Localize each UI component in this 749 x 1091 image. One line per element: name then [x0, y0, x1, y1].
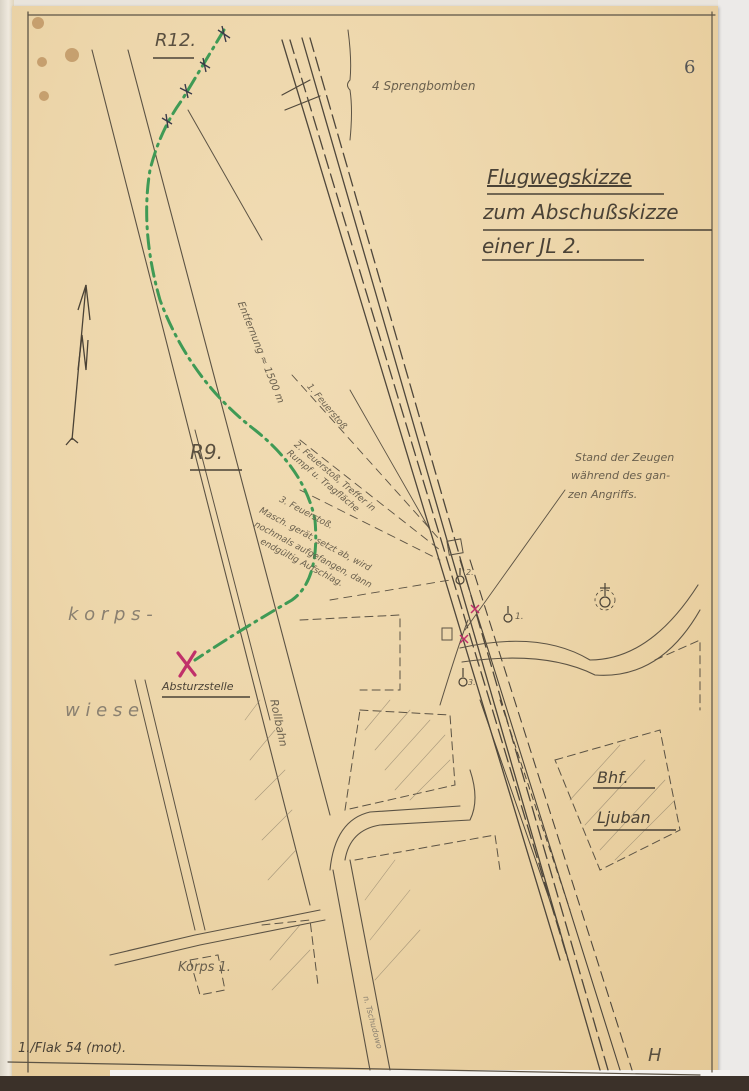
label-station-line-2: Ljuban [597, 808, 651, 827]
runway-edge-1 [92, 50, 310, 905]
runway-edge-2 [128, 50, 330, 815]
label-korps: k o r p s - [68, 604, 153, 625]
gun-label-2: 2. [466, 568, 474, 577]
x-mark-icon [178, 652, 195, 676]
label-r12: R12. [155, 30, 196, 51]
gun-label-1: 1. [515, 612, 524, 622]
sketch-map [0, 0, 749, 1091]
hatching [245, 700, 675, 990]
label-r9: R9. [190, 440, 223, 464]
label-unit: 1./Flak 54 (mot). [18, 1041, 126, 1056]
label-witness-line-3: zen Angriffs. [568, 488, 637, 501]
title-line-3: einer JL 2. [482, 234, 582, 258]
label-witness-line-2: während des gan- [571, 469, 670, 482]
title-line-1: Flugwegskizze [487, 165, 632, 189]
title-line-2: zum Abschußskizze [483, 200, 679, 224]
stains [32, 17, 79, 101]
label-korps-1: Korps 1. [178, 960, 231, 975]
flight-path [147, 30, 316, 660]
gun-label-3: 3. [468, 678, 476, 687]
signature: H [648, 1045, 662, 1066]
label-crash-site: Absturzstelle [162, 680, 234, 693]
frame-bottom [8, 1062, 700, 1075]
label-wiese: w i e s e [65, 700, 139, 721]
north-arrow-icon [66, 285, 90, 445]
church-icon [595, 583, 615, 610]
label-witness-line-1: Stand der Zeugen [575, 451, 674, 464]
label-bombs: 4 Sprengbomben [372, 79, 475, 93]
page-number: 6 [684, 57, 695, 78]
label-station-line-1: Bhf. [597, 768, 629, 787]
